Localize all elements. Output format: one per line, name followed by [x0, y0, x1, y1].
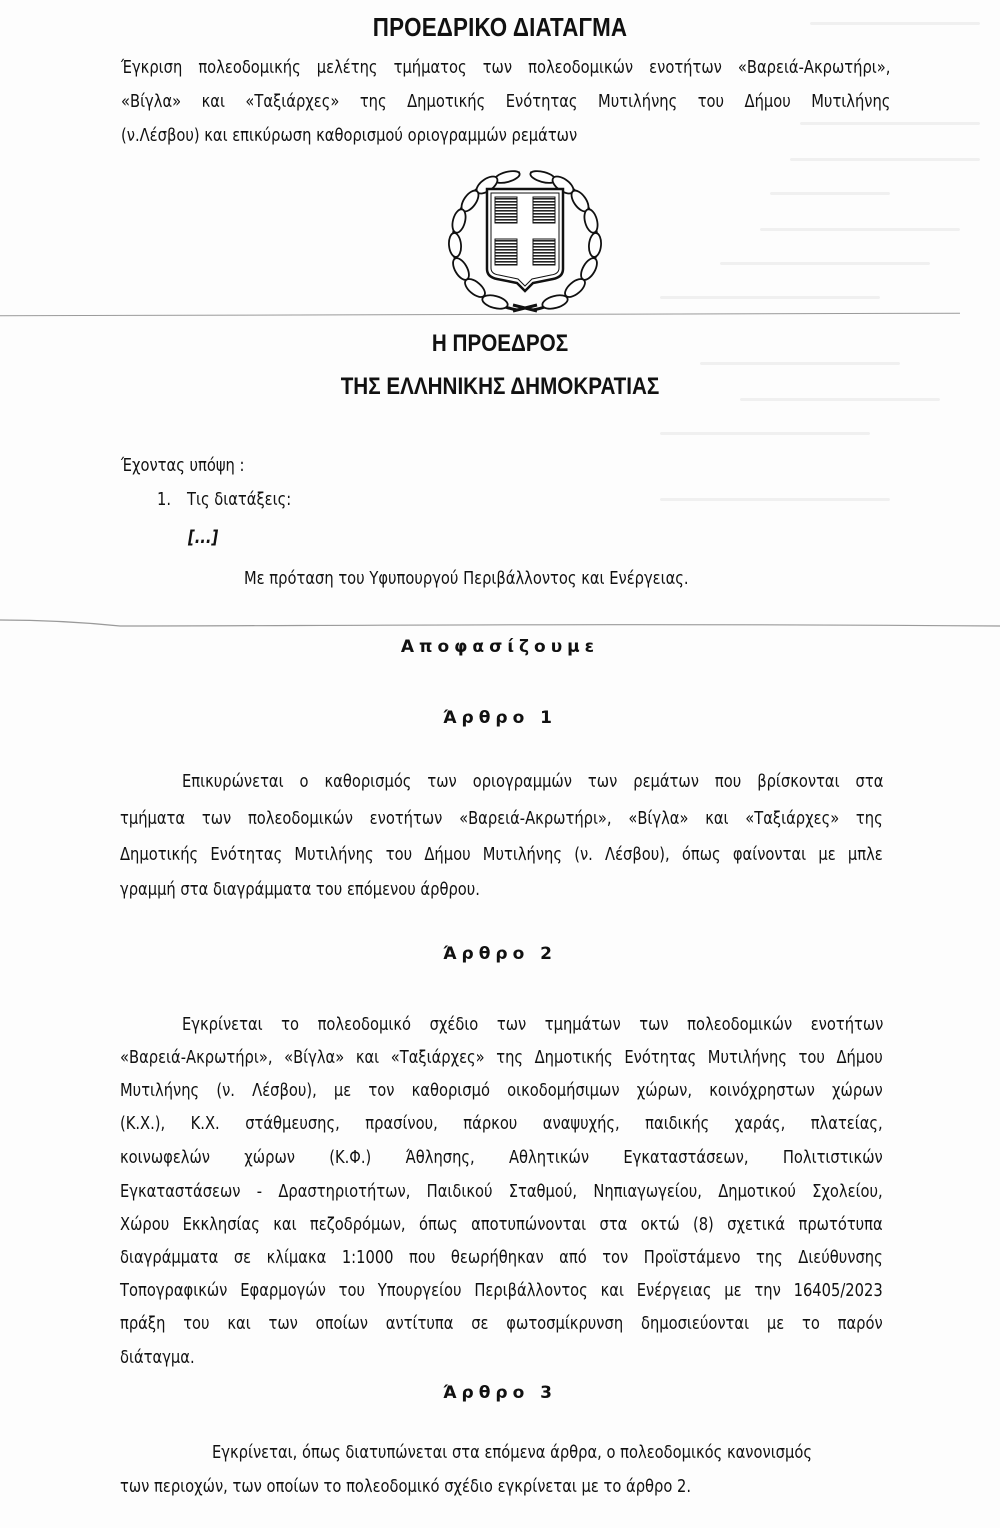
proposal-text: Με πρόταση του Υφυπουργού Περιβάλλοντος …	[244, 569, 689, 589]
decree-subtitle-line: «Βίγλα» και «Ταξιάρχες» της Δημοτικής Εν…	[121, 92, 890, 112]
article-2-line: διάταγμα.	[120, 1348, 883, 1368]
consideration-number: 1.	[157, 490, 171, 510]
document-page: ΠΡΟΕΔΡΙΚΟ ΔΙΑΤΑΓΜΑ Έγκριση πολεοδομικής …	[0, 0, 1000, 1528]
article-2-line: Τοπογραφικών Εφαρμογών του Υπουργείου Πε…	[120, 1281, 883, 1301]
omission-ellipsis: [...]	[188, 528, 218, 548]
article-1-heading: Άρθρο 1	[0, 708, 1000, 728]
article-3-heading: Άρθρο 3	[0, 1383, 1000, 1403]
president-heading-line1: Η ΠΡΟΕΔΡΟΣ	[70, 330, 930, 358]
consideration-text: Τις διατάξεις:	[187, 490, 291, 510]
greek-coat-of-arms-icon	[425, 165, 625, 315]
decree-title: ΠΡΟΕΔΡΙΚΟ ΔΙΑΤΑΓΜΑ	[70, 12, 930, 43]
article-2-line: (Κ.Χ.), Κ.Χ. στάθμευσης, πρασίνου, πάρκο…	[120, 1114, 883, 1134]
article-1-line: Δημοτικής Ενότητας Μυτιλήνης του Δήμου Μ…	[120, 845, 883, 865]
bleed-through-texture	[640, 0, 1000, 520]
article-2-line: κοινωφελών χώρων (Κ.Φ.) Άθλησης, Αθλητικ…	[120, 1148, 883, 1168]
president-heading-line2: ΤΗΣ ΕΛΛΗΝΙΚΗΣ ΔΗΜΟΚΡΑΤΙΑΣ	[70, 373, 930, 401]
article-1-line: γραμμή στα διαγράμματα του επόμενου άρθρ…	[120, 880, 883, 900]
article-1-line: Επικυρώνεται ο καθορισμός των οριογραμμώ…	[182, 772, 883, 792]
scan-fold-line	[0, 612, 1000, 632]
article-3-line: των περιοχών, των οποίων το πολεοδομικό …	[120, 1477, 691, 1497]
decree-subtitle-line: (ν.Λέσβου) και επικύρωση καθορισμού οριο…	[121, 126, 768, 146]
considering-label: Έχοντας υπόψη :	[121, 456, 244, 476]
article-2-line: Εγκρίνεται το πολεοδομικό σχέδιο των τμη…	[182, 1015, 883, 1035]
scan-fold-line	[0, 313, 960, 317]
article-3-line: Εγκρίνεται, όπως διατυπώνεται στα επόμεν…	[212, 1443, 812, 1463]
decision-heading: Αποφασίζουμε	[0, 637, 1000, 657]
article-2-line: διαγράμματα σε κλίμακα 1:1000 που θεωρήθ…	[120, 1248, 883, 1268]
article-2-line: Εγκαταστάσεων - Δραστηριοτήτων, Παιδικού…	[120, 1182, 883, 1202]
article-2-heading: Άρθρο 2	[0, 944, 1000, 964]
article-2-line: Χώρου Εκκλησίας και πεζοδρόμων, όπως απο…	[120, 1215, 883, 1235]
article-2-line: πράξη του και των οποίων αντίτυπα σε φωτ…	[120, 1314, 883, 1334]
article-2-line: «Βαρειά-Ακρωτήρι», «Βίγλα» και «Ταξιάρχε…	[120, 1048, 883, 1068]
article-1-line: τμήματα των πολεοδομικών ενοτήτων «Βαρει…	[120, 809, 883, 829]
decree-subtitle-line: Έγκριση πολεοδομικής μελέτης τμήματος τω…	[121, 58, 890, 78]
article-2-line: Μυτιλήνης (ν. Λέσβου), με τον καθορισμό …	[120, 1081, 883, 1101]
